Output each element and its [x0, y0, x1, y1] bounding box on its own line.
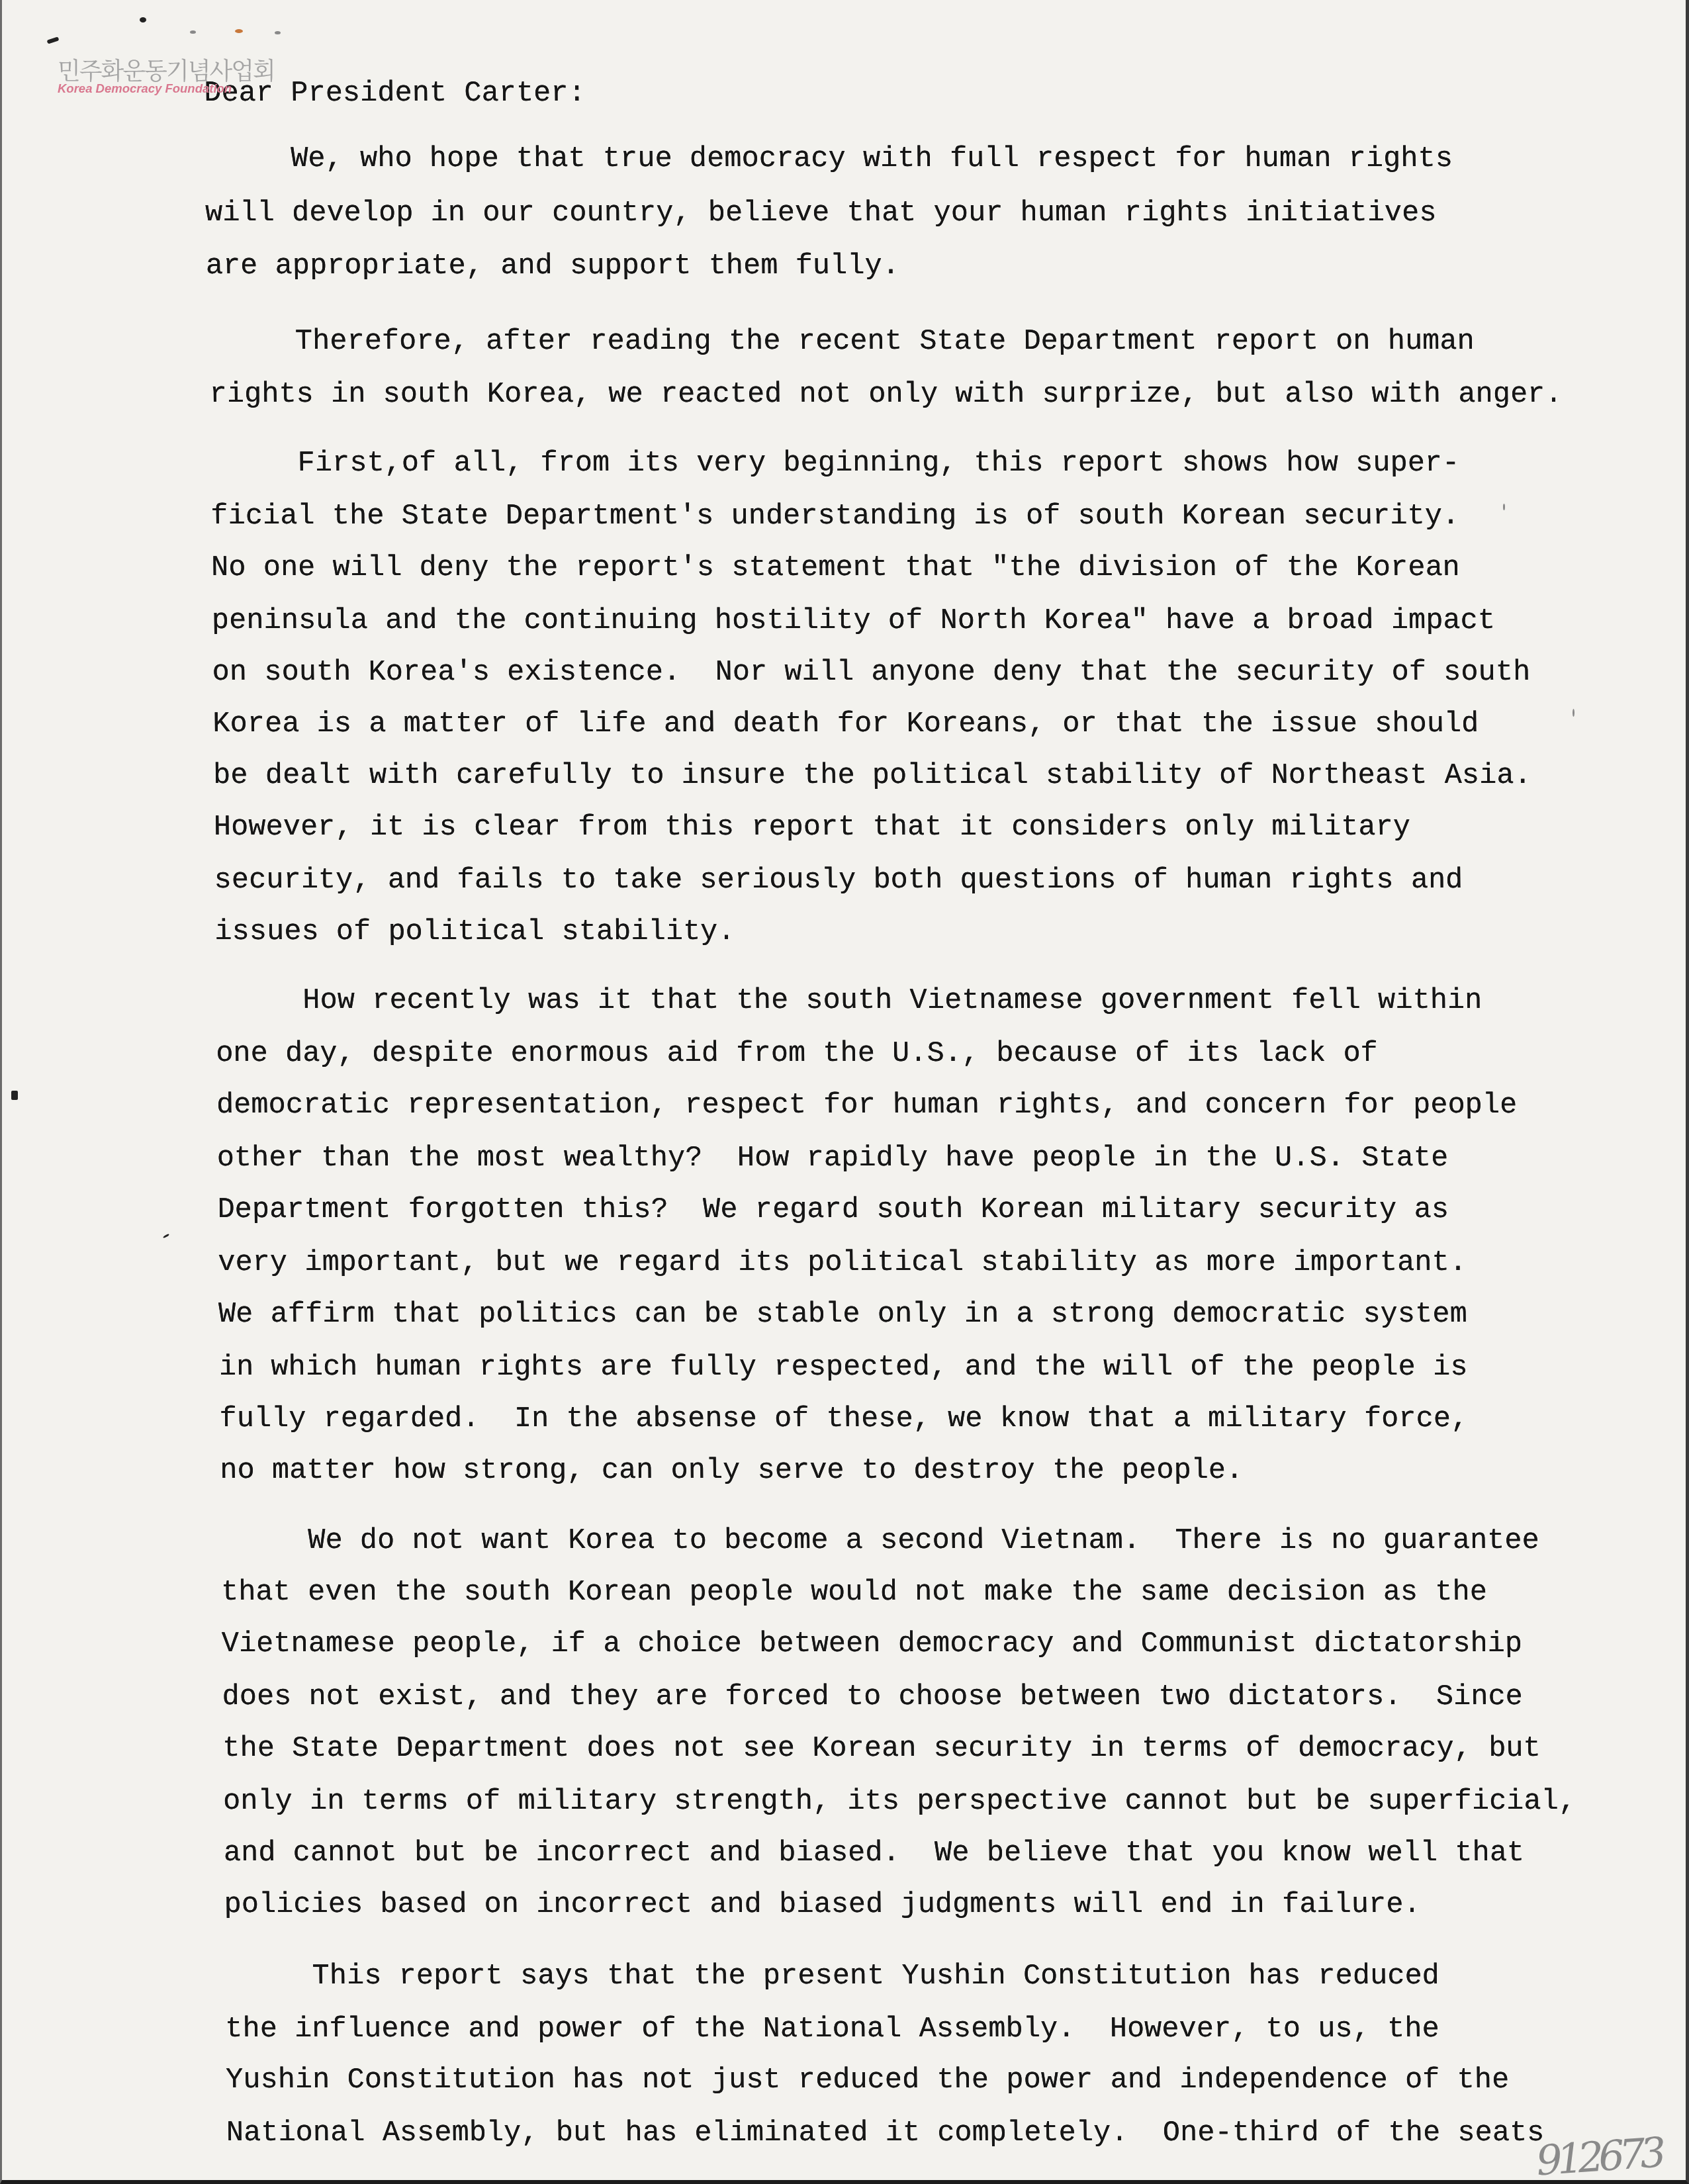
- paragraph-1-line-1: We, who hope that true democracy with fu…: [291, 145, 1453, 174]
- paragraph-3-line-1: First,of all, from its very beginning, t…: [298, 449, 1460, 478]
- paragraph-3-line-9: security, and fails to take seriously bo…: [214, 866, 1463, 895]
- paragraph-6-line-1: This report says that the present Yushin…: [312, 1962, 1439, 1991]
- paragraph-4-line-3: democratic representation, respect for h…: [216, 1091, 1518, 1120]
- handwritten-archive-number: 912673: [1535, 2128, 1663, 2184]
- paragraph-6-line-3: Yushin Constitution has not just reduced…: [226, 2066, 1510, 2095]
- paragraph-4-line-8: in which human rights are fully respecte…: [219, 1353, 1468, 1383]
- paragraph-5-line-7: and cannot but be incorrect and biased. …: [224, 1839, 1525, 1868]
- paragraph-1-line-3: are appropriate, and support them fully.: [206, 252, 900, 281]
- paragraph-3-line-7: be dealt with carefully to insure the po…: [213, 762, 1531, 791]
- paragraph-4-line-5: Department forgotten this? We regard sou…: [217, 1196, 1449, 1225]
- paragraph-5-line-8: policies based on incorrect and biased j…: [224, 1891, 1421, 1920]
- paragraph-3-line-4: peninsula and the continuing hostility o…: [212, 607, 1496, 636]
- paragraph-4-line-10: no matter how strong, can only serve to …: [220, 1457, 1243, 1486]
- paragraph-3-line-5: on south Korea's existence. Nor will any…: [212, 659, 1531, 688]
- document-page: 민주화운동기념사업회 Korea Democracy Foundation De…: [0, 0, 1689, 2184]
- paragraph-3-line-8: However, it is clear from this report th…: [214, 813, 1411, 842]
- paragraph-5-line-6: only in terms of military strength, its …: [223, 1788, 1576, 1817]
- paragraph-3-line-2: ficial the State Department's understand…: [210, 502, 1459, 531]
- paragraph-3-line-3: No one will deny the report's statement …: [211, 554, 1460, 583]
- paragraph-4-line-4: other than the most wealthy? How rapidly…: [217, 1144, 1449, 1173]
- paragraph-6-line-4: National Assembly, but has eliminated it…: [226, 2119, 1545, 2148]
- paragraph-6-line-2: the influence and power of the National …: [225, 2015, 1439, 2044]
- letter-body: Dear President Carter: We, who hope that…: [2, 0, 1689, 2184]
- paragraph-3-line-10: issues of political stability.: [214, 918, 735, 947]
- paragraph-4-line-2: one day, despite enormous aid from the U…: [216, 1040, 1378, 1069]
- paragraph-2-line-2: rights in south Korea, we reacted not on…: [210, 381, 1563, 410]
- paragraph-5-line-3: Vietnamese people, if a choice between d…: [222, 1630, 1523, 1659]
- paragraph-4-line-7: We affirm that politics can be stable on…: [218, 1300, 1467, 1330]
- watermark-english: Korea Democracy Foundation: [58, 81, 232, 96]
- paragraph-5-line-4: does not exist, and they are forced to c…: [222, 1683, 1523, 1712]
- paragraph-2-line-1: Therefore, after reading the recent Stat…: [295, 328, 1475, 357]
- paragraph-4-line-9: fully regarded. In the absense of these,…: [219, 1405, 1468, 1434]
- paragraph-4-line-1: How recently was it that the south Vietn…: [302, 987, 1482, 1016]
- paragraph-5-line-1: We do not want Korea to become a second …: [308, 1527, 1539, 1556]
- paragraph-3-line-6: Korea is a matter of life and death for …: [212, 710, 1479, 739]
- paragraph-5-line-5: the State Department does not see Korean…: [222, 1735, 1541, 1764]
- paragraph-4-line-6: very important, but we regard its politi…: [218, 1249, 1467, 1278]
- paragraph-1-line-2: will develop in our country, believe tha…: [205, 199, 1437, 228]
- paragraph-5-line-2: that even the south Korean people would …: [221, 1578, 1487, 1608]
- salutation: Dear President Carter:: [204, 79, 586, 109]
